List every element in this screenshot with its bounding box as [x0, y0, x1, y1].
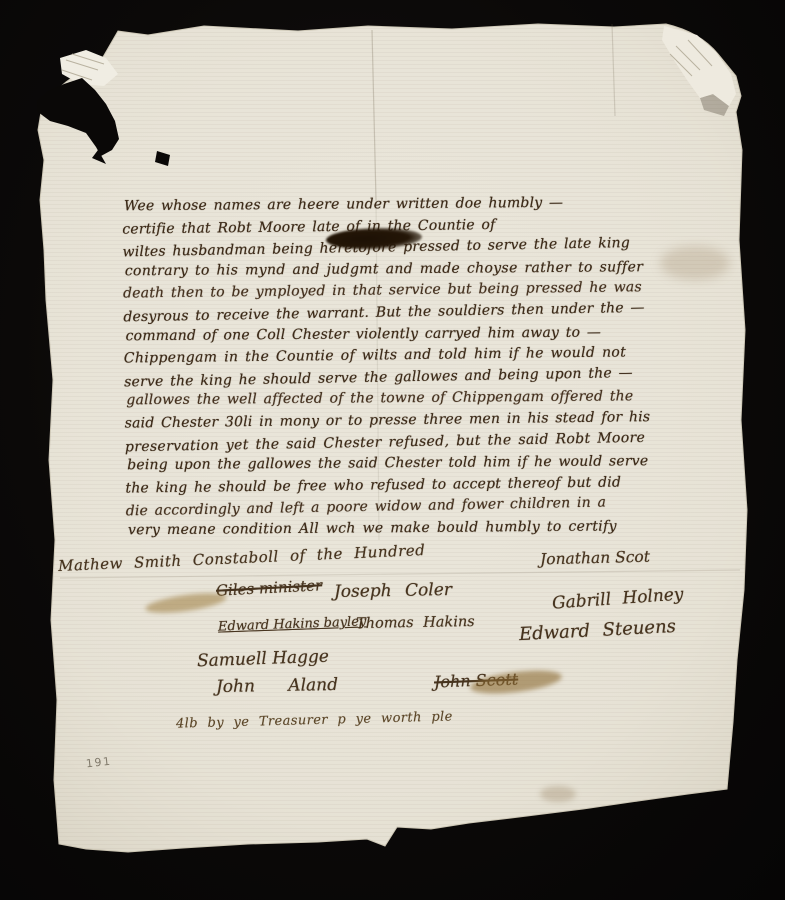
manuscript-photo: Wee whose names are heere under written …: [0, 0, 785, 900]
paper-sheet: [0, 0, 785, 900]
stain-soft: [660, 246, 730, 280]
stain-soft: [540, 786, 576, 802]
